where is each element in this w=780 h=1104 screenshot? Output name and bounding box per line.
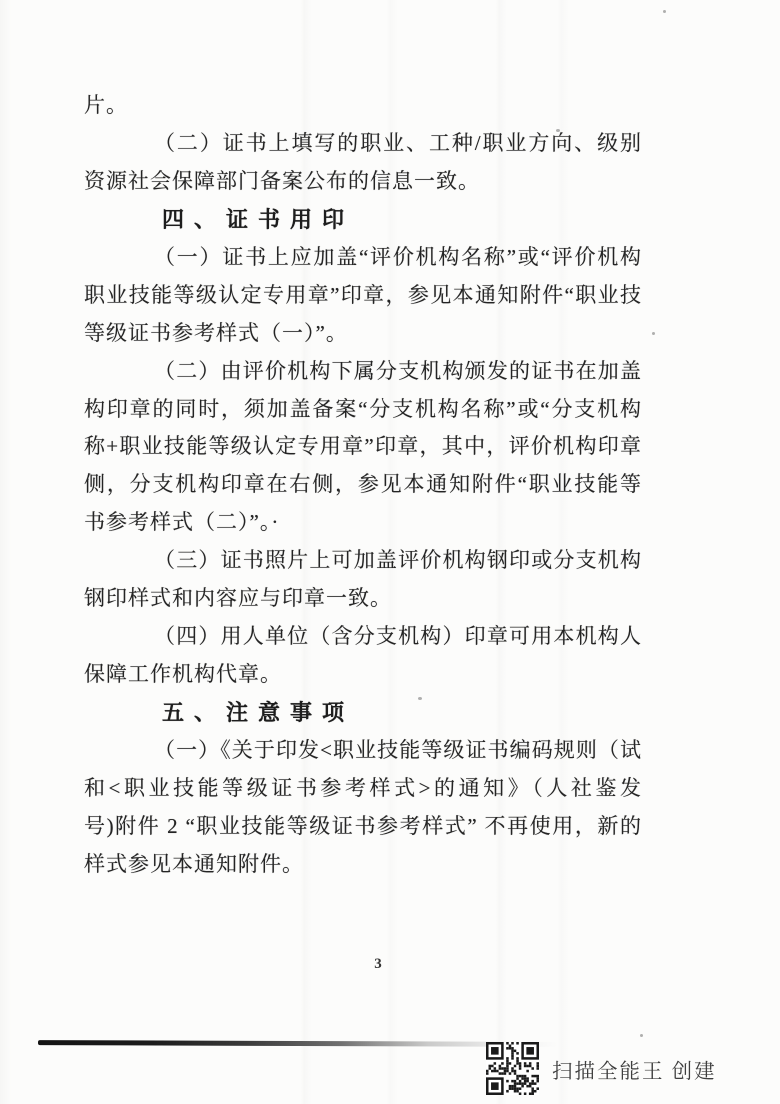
- text-line: 书参考样式（二）”。·: [84, 504, 642, 542]
- text-line: （三）证书照片上可加盖评价机构钢印或分支机构钢印，: [84, 542, 642, 580]
- text-line: 构印章的同时，须加盖备案“分支机构名称”或“分支机构名: [84, 391, 642, 429]
- section-heading: 五、注意事项: [84, 694, 642, 732]
- text-line: 片。: [84, 87, 642, 125]
- text-line: （四）用人单位（含分支机构）印章可用本机构人事劳动: [84, 618, 642, 656]
- text-line: 称+职业技能等级认定专用章”印章，其中，评价机构印章在左: [84, 428, 642, 466]
- text-line: （一）《关于印发<职业技能等级证书编码规则（试行）>: [84, 732, 642, 770]
- scan-speckle: [663, 10, 666, 13]
- text-line: 和<职业技能等级证书参考样式>的通知》（人社鉴发〔2019〕2: [84, 770, 642, 808]
- text-line: （二）由评价机构下属分支机构颁发的证书在加盖评价机: [84, 353, 642, 391]
- page-number: 3: [0, 956, 756, 973]
- document-lines: 片。（二）证书上填写的职业、工种/职业方向、级别应与人力资源社会保障部门备案公布…: [84, 87, 642, 884]
- scan-speckle: [640, 1034, 643, 1037]
- watermark-text: 扫描全能王 创建: [552, 1054, 717, 1084]
- scan-artifact-line: [38, 1040, 558, 1046]
- text-line: 保障工作机构代章。: [84, 656, 642, 694]
- scan-speckle: [418, 697, 422, 700]
- text-line: 号)附件 2 “职业技能等级证书参考样式” 不再使用，新的证书: [84, 808, 642, 846]
- text-line: 侧，分支机构印章在右侧，参见本通知附件“职业技能等级证: [84, 466, 642, 504]
- text-line: 钢印样式和内容应与印章一致。: [84, 580, 642, 618]
- section-heading: 四、证书用印: [84, 201, 642, 239]
- text-line: 等级证书参考样式（一）”。: [84, 315, 642, 353]
- text-line: 职业技能等级认定专用章”印章，参见本通知附件“职业技能: [84, 277, 642, 315]
- text-line: （一）证书上应加盖“评价机构名称”或“评价机构名称+: [84, 239, 642, 277]
- text-line: 资源社会保障部门备案公布的信息一致。: [84, 163, 642, 201]
- scan-speckle: [652, 332, 655, 335]
- camscanner-watermark: 扫描全能王 创建: [486, 1042, 717, 1095]
- text-line: 样式参见本通知附件。: [84, 846, 642, 884]
- scan-speckle: [556, 129, 560, 132]
- qr-code-icon: [486, 1042, 539, 1095]
- scanned-document-page: 片。（二）证书上填写的职业、工种/职业方向、级别应与人力资源社会保障部门备案公布…: [0, 0, 780, 1104]
